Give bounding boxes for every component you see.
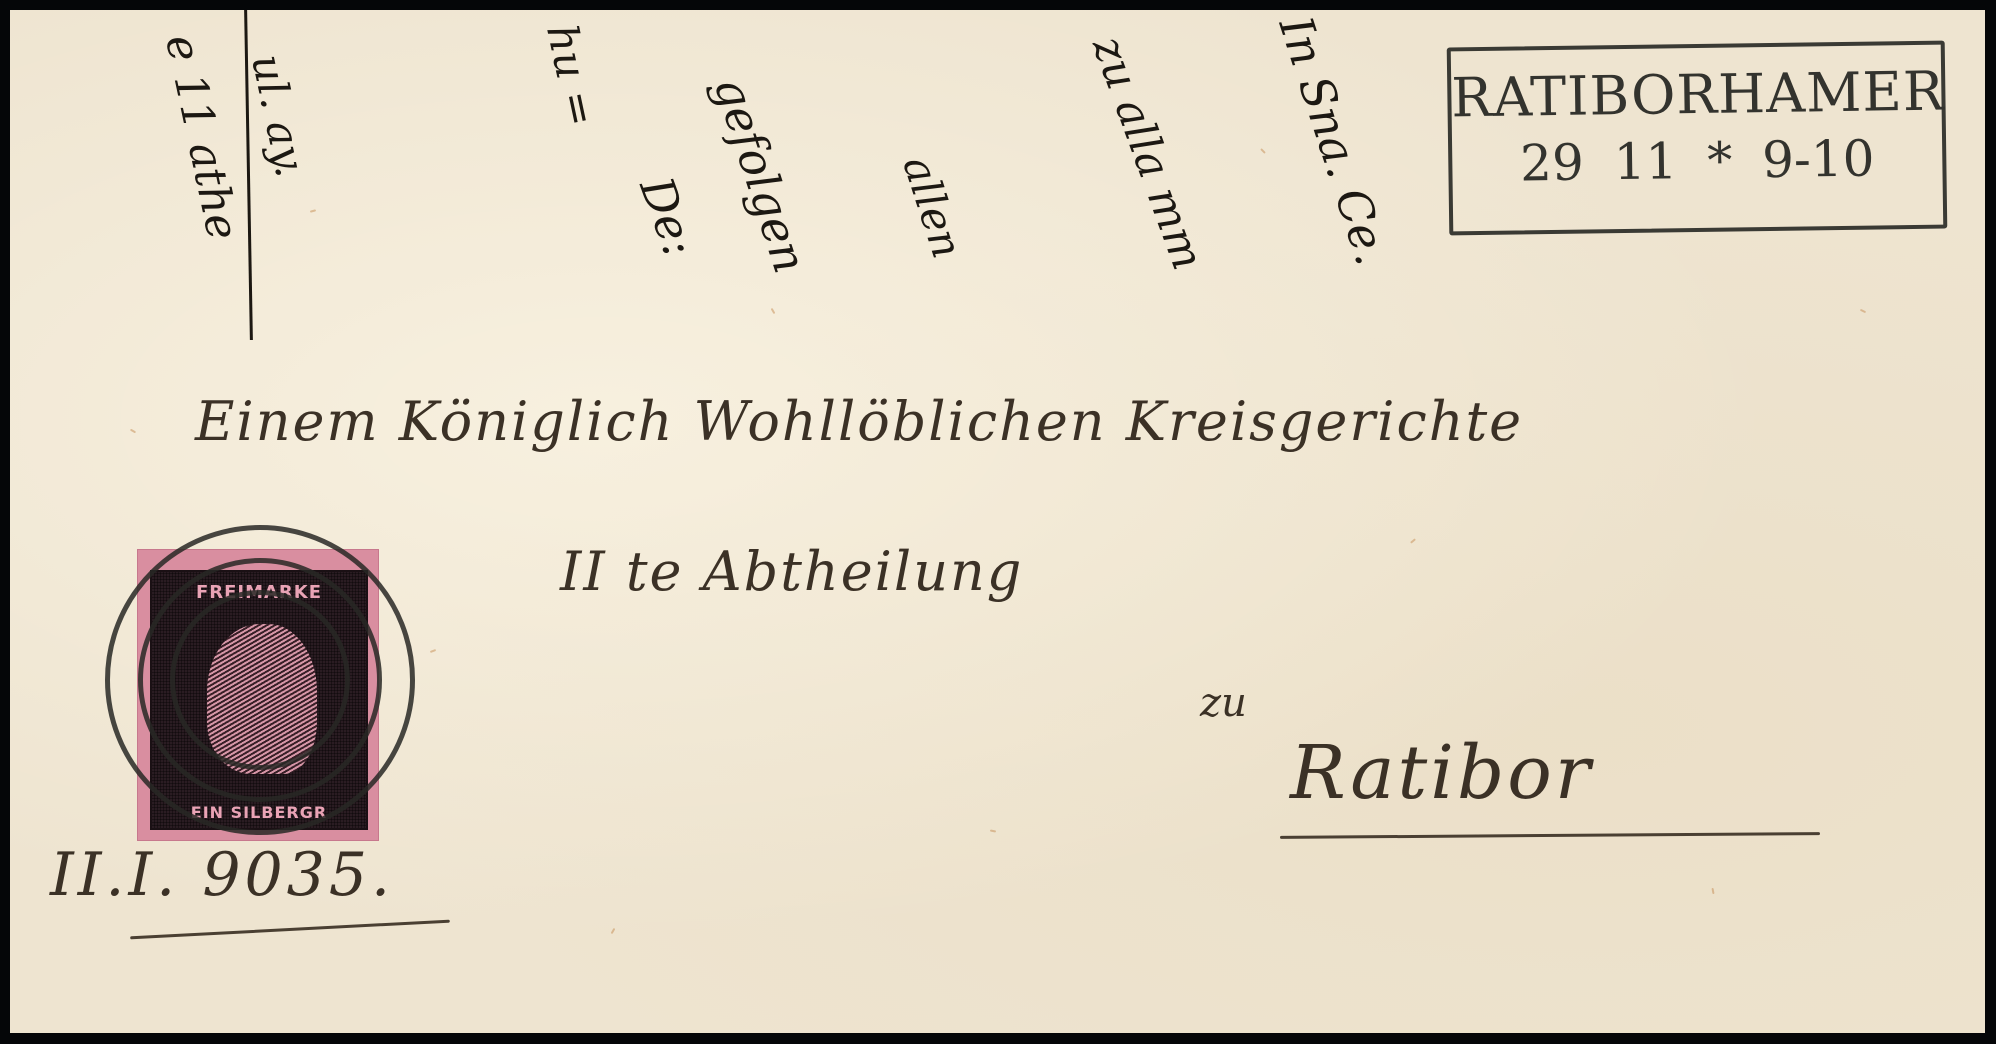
margin-note: hu =: [537, 20, 606, 131]
address-underline: [1280, 832, 1820, 839]
docket-number: II.I. 9035.: [50, 840, 394, 910]
paper-fibre: [130, 429, 136, 434]
margin-note: e 11 athe: [155, 30, 248, 244]
margin-note: ul. ay.: [242, 50, 316, 181]
docket-underline: [130, 920, 450, 940]
margin-note: In Sna. Ce.: [1269, 10, 1400, 271]
margin-note: allen: [893, 150, 972, 264]
margin-note: De:: [629, 170, 707, 263]
paper-fibre: [430, 649, 436, 653]
cancel-ring-inner: [170, 590, 350, 770]
paper-fibre: [611, 928, 616, 934]
cover-paper: e 11 athe ul. ay. hu = De: gefolgen alle…: [10, 10, 1985, 1033]
paper-fibre: [771, 308, 776, 314]
paper-fibre: [1711, 888, 1714, 894]
paper-fibre: [1860, 309, 1866, 313]
address-line-4: Ratibor: [1290, 730, 1593, 816]
postmark-date: 29 11 * 9-10: [1452, 133, 1943, 190]
margin-note: gefolgen: [704, 70, 818, 279]
margin-note: zu alla mm: [1082, 30, 1213, 276]
postmark-town: RATIBORHAMER: [1451, 65, 1942, 126]
paper-fibre: [990, 829, 996, 832]
address-line-1: Einem Königlich Wohllöblichen Kreisgeric…: [195, 390, 1523, 453]
postmark-box: RATIBORHAMER 29 11 * 9-10: [1447, 41, 1948, 236]
paper-fibre: [1260, 148, 1266, 154]
address-line-3: zu: [1200, 680, 1247, 726]
paper-fibre: [310, 209, 316, 212]
address-line-2: II te Abtheilung: [560, 540, 1023, 603]
paper-fibre: [1410, 538, 1416, 543]
